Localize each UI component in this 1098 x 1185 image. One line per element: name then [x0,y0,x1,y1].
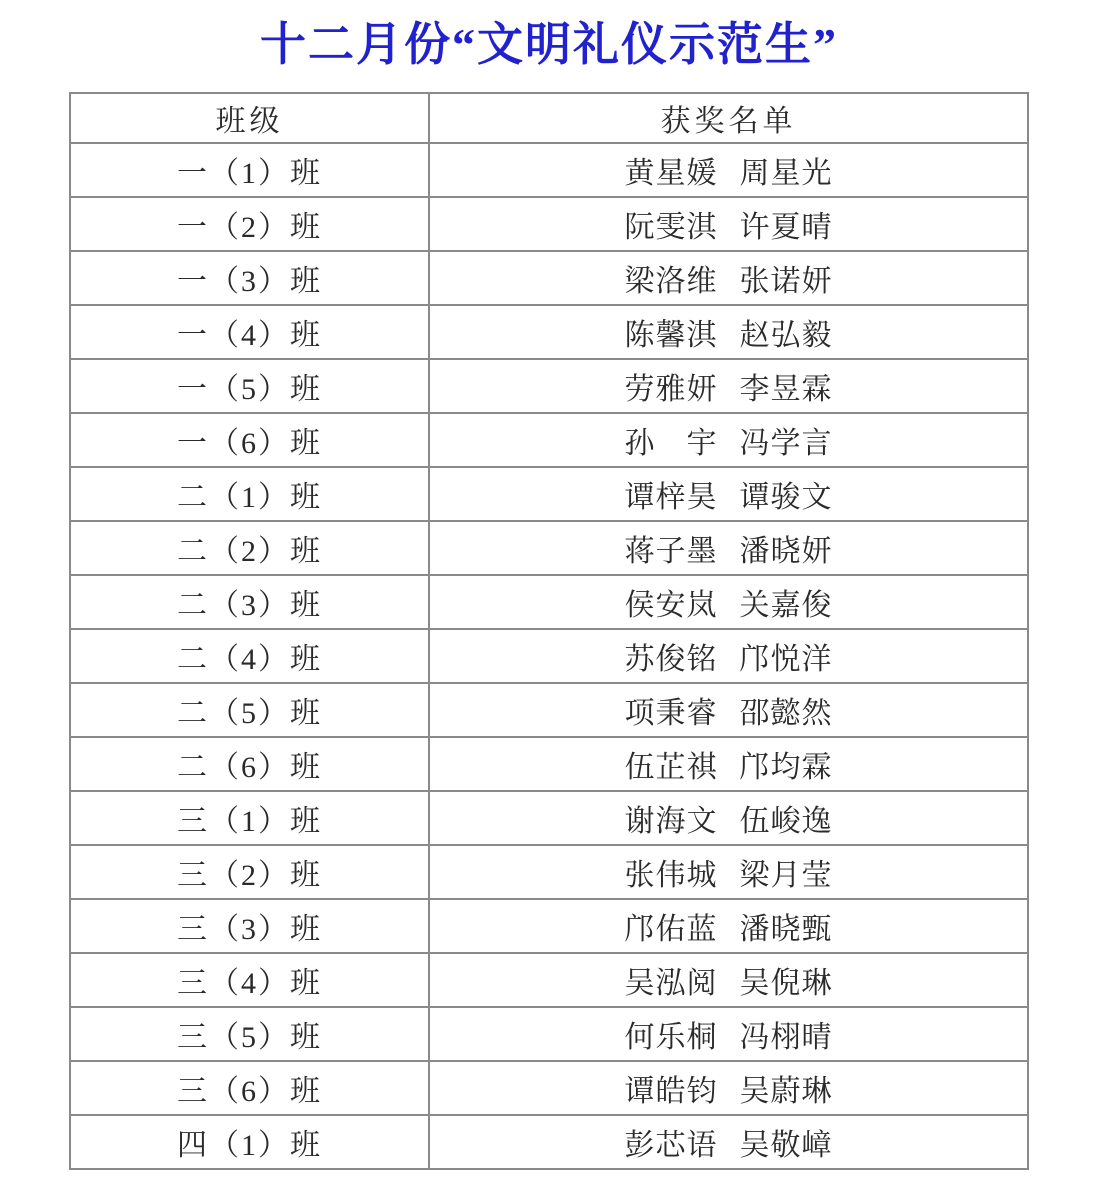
winners-cell: 劳雅妍 李昱霖 [429,359,1028,413]
table-row: 二（3）班侯安岚 关嘉俊 [70,575,1028,629]
column-header-winners: 获奖名单 [429,93,1028,143]
winners-cell: 谭梓昊 谭骏文 [429,467,1028,521]
table-row: 二（1）班谭梓昊 谭骏文 [70,467,1028,521]
table-row: 一（4）班陈馨淇 赵弘毅 [70,305,1028,359]
class-cell: 一（2）班 [70,197,429,251]
winners-cell: 项秉睿 邵懿然 [429,683,1028,737]
winners-cell: 张伟城 梁月莹 [429,845,1028,899]
document-page: 十二月份“文明礼仪示范生” 班级 获奖名单 一（1）班黄星媛 周星光一（2）班阮… [0,0,1098,1185]
class-cell: 三（2）班 [70,845,429,899]
class-cell: 三（1）班 [70,791,429,845]
table-row: 三（2）班张伟城 梁月莹 [70,845,1028,899]
column-header-class: 班级 [70,93,429,143]
class-cell: 二（2）班 [70,521,429,575]
page-title: 十二月份“文明礼仪示范生” [0,14,1098,76]
class-cell: 一（6）班 [70,413,429,467]
winners-cell: 苏俊铭 邝悦洋 [429,629,1028,683]
winners-cell: 吴泓阅 吴倪琳 [429,953,1028,1007]
winners-cell: 何乐桐 冯栩晴 [429,1007,1028,1061]
winners-cell: 蒋子墨 潘晓妍 [429,521,1028,575]
class-cell: 二（6）班 [70,737,429,791]
table-row: 二（2）班蒋子墨 潘晓妍 [70,521,1028,575]
winners-cell: 谢海文 伍峻逸 [429,791,1028,845]
class-cell: 三（4）班 [70,953,429,1007]
table-row: 三（4）班吴泓阅 吴倪琳 [70,953,1028,1007]
table-row: 三（6）班谭皓钧 吴蔚琳 [70,1061,1028,1115]
class-cell: 二（3）班 [70,575,429,629]
table-row: 三（1）班谢海文 伍峻逸 [70,791,1028,845]
winners-cell: 侯安岚 关嘉俊 [429,575,1028,629]
table-row: 二（6）班伍芷祺 邝均霖 [70,737,1028,791]
winners-cell: 谭皓钧 吴蔚琳 [429,1061,1028,1115]
table-row: 二（5）班项秉睿 邵懿然 [70,683,1028,737]
table-body: 一（1）班黄星媛 周星光一（2）班阮雯淇 许夏晴一（3）班梁洛维 张诺妍一（4）… [70,143,1028,1169]
table-header: 班级 获奖名单 [70,93,1028,143]
winners-cell: 伍芷祺 邝均霖 [429,737,1028,791]
class-cell: 四（1）班 [70,1115,429,1169]
winners-cell: 陈馨淇 赵弘毅 [429,305,1028,359]
class-cell: 三（5）班 [70,1007,429,1061]
table-row: 二（4）班苏俊铭 邝悦洋 [70,629,1028,683]
winners-cell: 黄星媛 周星光 [429,143,1028,197]
table-row: 一（2）班阮雯淇 许夏晴 [70,197,1028,251]
table-row: 一（5）班劳雅妍 李昱霖 [70,359,1028,413]
winners-cell: 阮雯淇 许夏晴 [429,197,1028,251]
class-cell: 二（5）班 [70,683,429,737]
table-row: 一（6）班孙 宇 冯学言 [70,413,1028,467]
table-row: 一（1）班黄星媛 周星光 [70,143,1028,197]
table-row: 三（3）班邝佑蓝 潘晓甄 [70,899,1028,953]
winners-cell: 孙 宇 冯学言 [429,413,1028,467]
table-row: 三（5）班何乐桐 冯栩晴 [70,1007,1028,1061]
class-cell: 一（1）班 [70,143,429,197]
header-row: 班级 获奖名单 [70,93,1028,143]
class-cell: 一（3）班 [70,251,429,305]
winners-cell: 梁洛维 张诺妍 [429,251,1028,305]
winners-cell: 彭芯语 吴敬嶂 [429,1115,1028,1169]
table-row: 四（1）班彭芯语 吴敬嶂 [70,1115,1028,1169]
class-cell: 二（4）班 [70,629,429,683]
awards-table: 班级 获奖名单 一（1）班黄星媛 周星光一（2）班阮雯淇 许夏晴一（3）班梁洛维… [69,92,1029,1170]
class-cell: 三（6）班 [70,1061,429,1115]
class-cell: 一（4）班 [70,305,429,359]
class-cell: 一（5）班 [70,359,429,413]
class-cell: 二（1）班 [70,467,429,521]
table-row: 一（3）班梁洛维 张诺妍 [70,251,1028,305]
class-cell: 三（3）班 [70,899,429,953]
winners-cell: 邝佑蓝 潘晓甄 [429,899,1028,953]
